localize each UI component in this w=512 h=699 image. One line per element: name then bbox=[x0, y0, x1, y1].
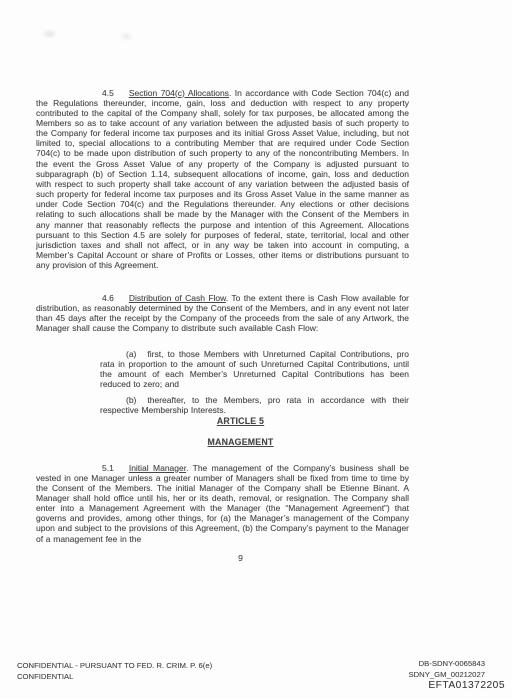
confidentiality-line-2: CONFIDENTIAL bbox=[17, 671, 212, 682]
subparagraph-a-label: (a) bbox=[126, 349, 136, 359]
page-number: 9 bbox=[54, 553, 427, 563]
scan-artifact bbox=[44, 31, 55, 37]
section-5-1-text: . The management of the Company’s busine… bbox=[36, 463, 409, 544]
section-4-5-heading: Section 704(c) Allocations bbox=[129, 88, 229, 98]
document-page: 4.5Section 704(c) Allocations. In accord… bbox=[0, 0, 512, 699]
section-4-5-text: . In accordance with Code Section 704(c)… bbox=[36, 88, 409, 271]
subparagraph-b-text: thereafter, to the Members, pro rata in … bbox=[100, 395, 409, 415]
section-4-6-heading: Distribution of Cash Flow bbox=[129, 293, 226, 303]
subparagraph-b: (b)thereafter, to the Members, pro rata … bbox=[100, 395, 409, 415]
production-numbers: DB-SDNY-0065843 SDNY_GM_00212027 bbox=[409, 658, 486, 681]
subparagraph-b-label: (b) bbox=[126, 395, 136, 405]
scan-artifact bbox=[122, 34, 131, 39]
confidentiality-line-1: CONFIDENTIAL - PURSUANT TO FED. R. CRIM.… bbox=[17, 660, 212, 671]
subparagraph-a: (a)first, to those Members with Unreturn… bbox=[100, 349, 409, 390]
bates-stamp: EFTA01372205 bbox=[428, 680, 505, 691]
section-4-6-paragraph: 4.6Distribution of Cash Flow. To the ext… bbox=[36, 293, 409, 334]
section-4-5-number: 4.5 bbox=[102, 88, 114, 98]
section-5-1-paragraph: 5.1Initial Manager. The management of th… bbox=[36, 463, 409, 544]
confidentiality-stamp: CONFIDENTIAL - PURSUANT TO FED. R. CRIM.… bbox=[17, 660, 212, 682]
article-5-subtitle: MANAGEMENT bbox=[54, 437, 427, 447]
article-5-title: ARTICLE 5 bbox=[54, 416, 427, 426]
section-4-6-number: 4.6 bbox=[102, 293, 114, 303]
production-number-1: DB-SDNY-0065843 bbox=[409, 658, 486, 669]
subparagraph-a-text: first, to those Members with Unreturned … bbox=[100, 349, 409, 389]
section-5-1-number: 5.1 bbox=[102, 463, 114, 473]
section-4-5-paragraph: 4.5Section 704(c) Allocations. In accord… bbox=[36, 88, 409, 271]
section-5-1-heading: Initial Manager bbox=[129, 463, 186, 473]
